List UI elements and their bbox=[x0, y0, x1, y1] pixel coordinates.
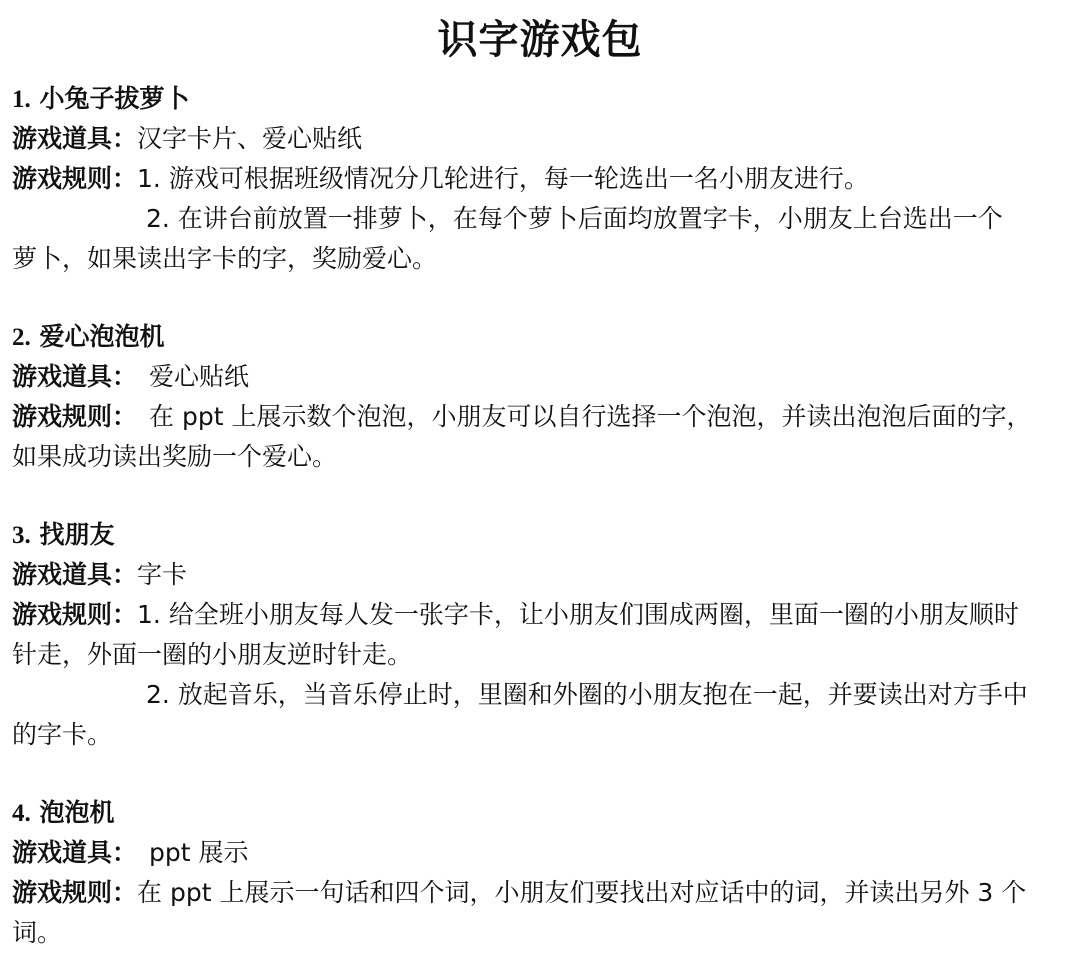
game-4-props: ppt 展示 bbox=[149, 838, 249, 867]
game-2-number: 2. bbox=[12, 324, 31, 351]
game-1-rules-line-1: 游戏规则：1. 游戏可根据班级情况分几轮进行，每一轮选出一名小朋友进行。 bbox=[12, 162, 869, 196]
game-4-rules-line-2: 词。 bbox=[12, 916, 62, 950]
props-label: 游戏道具： bbox=[12, 124, 137, 153]
game-3-name: 找朋友 bbox=[39, 520, 114, 549]
rules-label: 游戏规则： bbox=[12, 402, 137, 431]
game-3-rule-text: 的字卡。 bbox=[12, 720, 112, 749]
game-3-rules-line-4: 的字卡。 bbox=[12, 718, 112, 752]
game-1-rule-text: 1. 游戏可根据班级情况分几轮进行，每一轮选出一名小朋友进行。 bbox=[137, 164, 869, 193]
props-label: 游戏道具： bbox=[12, 838, 137, 867]
game-3-number: 3. bbox=[12, 522, 31, 549]
game-2-name: 爱心泡泡机 bbox=[39, 322, 164, 351]
game-4-rules-line-1: 游戏规则：在 ppt 上展示一句话和四个词，小朋友们要找出对应话中的词，并读出另… bbox=[12, 876, 1026, 910]
game-2-props-line: 游戏道具：爱心贴纸 bbox=[12, 360, 249, 394]
game-1-heading: 1. 小兔子拔萝卜 bbox=[12, 82, 189, 117]
page-title: 识字游戏包 bbox=[0, 12, 1080, 68]
game-2-props: 爱心贴纸 bbox=[149, 362, 249, 391]
game-1-rule-text: 2. 在讲台前放置一排萝卜，在每个萝卜后面均放置字卡，小朋友上台选出一个 bbox=[146, 204, 1003, 233]
game-3-rule-text: 针走，外面一圈的小朋友逆时针走。 bbox=[12, 640, 412, 669]
game-4-rule-text: 词。 bbox=[12, 918, 62, 947]
game-4-rule-text: 在 ppt 上展示一句话和四个词，小朋友们要找出对应话中的词，并读出另外 3 个 bbox=[137, 878, 1026, 907]
game-3-rule-text: 1. 给全班小朋友每人发一张字卡，让小朋友们围成两圈，里面一圈的小朋友顺时 bbox=[137, 600, 1019, 629]
game-1-rule-text: 萝卜，如果读出字卡的字，奖励爱心。 bbox=[12, 244, 437, 273]
game-1-props: 汉字卡片、爱心贴纸 bbox=[137, 124, 362, 153]
game-1-name: 小兔子拔萝卜 bbox=[39, 84, 189, 113]
props-label: 游戏道具： bbox=[12, 560, 137, 589]
game-4-heading: 4. 泡泡机 bbox=[12, 796, 114, 831]
props-label: 游戏道具： bbox=[12, 362, 137, 391]
rules-label: 游戏规则： bbox=[12, 878, 137, 907]
game-3-rule-text: 2. 放起音乐，当音乐停止时，里圈和外圈的小朋友抱在一起，并要读出对方手中 bbox=[146, 680, 1028, 709]
rules-label: 游戏规则： bbox=[12, 600, 137, 629]
game-3-props-line: 游戏道具：字卡 bbox=[12, 558, 187, 592]
game-4-name: 泡泡机 bbox=[39, 798, 114, 827]
game-3-props: 字卡 bbox=[137, 560, 187, 589]
game-1-rules-line-2: 2. 在讲台前放置一排萝卜，在每个萝卜后面均放置字卡，小朋友上台选出一个 bbox=[146, 202, 1003, 236]
game-2-rule-text: 如果成功读出奖励一个爱心。 bbox=[12, 442, 337, 471]
game-3-rules-line-2: 针走，外面一圈的小朋友逆时针走。 bbox=[12, 638, 412, 672]
rules-label: 游戏规则： bbox=[12, 164, 137, 193]
game-3-rules-line-3: 2. 放起音乐，当音乐停止时，里圈和外圈的小朋友抱在一起，并要读出对方手中 bbox=[146, 678, 1028, 712]
game-2-rules-line-1: 游戏规则：在 ppt 上展示数个泡泡，小朋友可以自行选择一个泡泡，并读出泡泡后面… bbox=[12, 400, 1031, 434]
game-4-number: 4. bbox=[12, 800, 31, 827]
game-2-rule-text: 在 ppt 上展示数个泡泡，小朋友可以自行选择一个泡泡，并读出泡泡后面的字， bbox=[149, 402, 1031, 431]
game-2-rules-line-2: 如果成功读出奖励一个爱心。 bbox=[12, 440, 337, 474]
game-1-number: 1. bbox=[12, 86, 31, 113]
game-3-rules-line-1: 游戏规则：1. 给全班小朋友每人发一张字卡，让小朋友们围成两圈，里面一圈的小朋友… bbox=[12, 598, 1019, 632]
game-1-rules-line-3: 萝卜，如果读出字卡的字，奖励爱心。 bbox=[12, 242, 437, 276]
game-4-props-line: 游戏道具：ppt 展示 bbox=[12, 836, 249, 870]
game-3-heading: 3. 找朋友 bbox=[12, 518, 114, 553]
game-2-heading: 2. 爱心泡泡机 bbox=[12, 320, 164, 355]
game-1-props-line: 游戏道具：汉字卡片、爱心贴纸 bbox=[12, 122, 362, 156]
